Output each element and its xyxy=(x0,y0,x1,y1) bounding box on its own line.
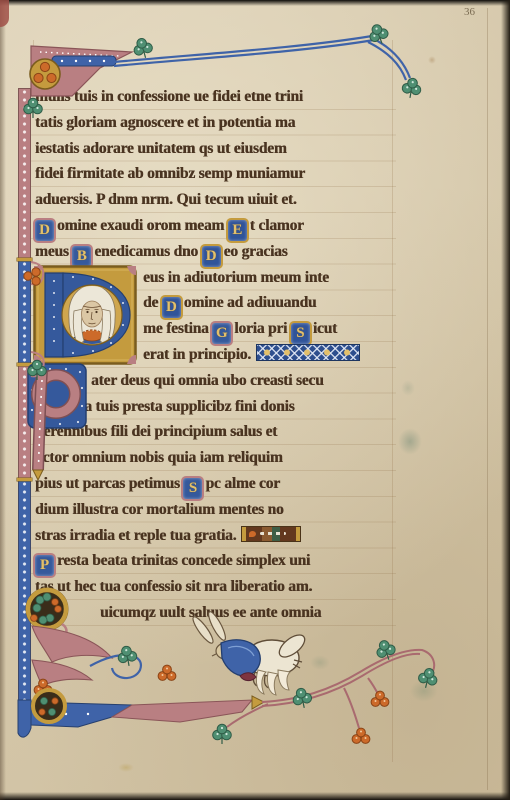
foxing-spot xyxy=(428,56,436,64)
decorated-initial-b: B xyxy=(72,246,91,267)
decorated-initial-s: S xyxy=(183,478,202,499)
gothic-text: aduersis. P dnm nrm. Qui tecum uiuit et. xyxy=(35,191,297,208)
border-bar-joint xyxy=(17,258,32,261)
gothic-text: omine ad adiuuandu xyxy=(184,294,317,311)
gothic-text: resta beata trinitas concede simplex uni xyxy=(57,552,310,569)
folio-number: 36 xyxy=(464,6,475,18)
facing-page-sliver xyxy=(0,0,9,27)
gothic-text: t clamor xyxy=(250,217,304,234)
gothic-text: erat in principio. xyxy=(143,346,251,363)
text-line: fidei firmitate ab omnibz semp muniamur xyxy=(35,161,397,187)
text-line: iestatis adorare unitatem qs ut eiusdem xyxy=(35,136,397,162)
vertical-ruling-left xyxy=(33,40,34,86)
manuscript-page: 36 mulis tuis in confessione ue fidei et… xyxy=(0,0,510,800)
photo-edge-left xyxy=(0,0,6,800)
text-line: Domine exaudi orom meam Et clamor xyxy=(35,213,397,239)
stain xyxy=(410,680,438,702)
gothic-text: dium illustra cor mortalium mentes no xyxy=(35,501,283,518)
gothic-text: me festina xyxy=(143,320,212,337)
photo-edge-right xyxy=(501,0,510,800)
gothic-text: eo gracias xyxy=(224,243,288,260)
photo-edge-top xyxy=(0,0,510,6)
stain xyxy=(118,763,134,772)
gothic-text: fidei firmitate ab omnibz semp muniamur xyxy=(35,165,305,182)
gothic-text: tatis gloriam agnoscere et in potentia m… xyxy=(35,114,295,131)
bottom-border xyxy=(18,626,439,744)
stain xyxy=(310,655,330,670)
gothic-text: uicumqz uult saluus ee ante omnia xyxy=(100,604,321,621)
gothic-text: stras irradia et reple tua gratia. xyxy=(35,527,236,544)
border-initial-p xyxy=(14,362,92,487)
gothic-text: eus in adiutorium meum inte xyxy=(143,269,329,286)
page-edge-line xyxy=(487,8,488,790)
text-line: stras irradia et reple tua gratia. xyxy=(35,523,397,549)
border-bar-segment xyxy=(18,260,31,365)
historiated-initial-d xyxy=(33,265,137,370)
gothic-text: enedicamus dno xyxy=(94,243,201,260)
corner-trefoil-orange xyxy=(34,62,56,82)
stain xyxy=(401,380,415,396)
gothic-text: tas ut hec tua confessio sit nra liberat… xyxy=(35,578,312,595)
text-line: mulis tuis in confessione ue fidei etne … xyxy=(35,84,397,110)
text-line: meus Benedicamus dno Deo gracias xyxy=(35,239,397,265)
gothic-text: icut xyxy=(313,320,337,337)
line-filler-x xyxy=(256,344,360,361)
gothic-text: iestatis adorare unitatem qs ut eiusdem xyxy=(35,140,287,157)
stain xyxy=(398,428,422,455)
text-line: uicumqz uult saluus ee ante omnia xyxy=(35,600,397,626)
stain xyxy=(240,648,270,668)
decorated-initial-d: D xyxy=(35,220,54,241)
decorated-initial-e: E xyxy=(228,220,247,241)
gothic-text: de xyxy=(143,294,162,311)
gothic-text: cula tuis presta supplicibz fini donis xyxy=(65,398,294,415)
gothic-text: mulis tuis in confessione ue fidei etne … xyxy=(35,88,303,105)
line-filler-beast xyxy=(241,526,301,542)
text-line: tas ut hec tua confessio sit nra liberat… xyxy=(35,574,397,600)
text-line: Presta beata trinitas concede simplex un… xyxy=(35,548,397,574)
decorated-initial-d: D xyxy=(202,246,221,267)
border-initial-q xyxy=(22,584,72,641)
gothic-text: omine exaudi orom meam xyxy=(57,217,228,234)
text-line: tatis gloriam agnoscere et in potentia m… xyxy=(35,110,397,136)
text-line: aduersis. P dnm nrm. Qui tecum uiuit et. xyxy=(35,187,397,213)
text-line: dium illustra cor mortalium mentes no xyxy=(35,497,397,523)
gothic-text: loria pri xyxy=(234,320,291,337)
gothic-text: pc alme cor xyxy=(205,475,279,492)
gothic-text: meus xyxy=(35,243,72,260)
photo-edge-bottom xyxy=(0,792,510,800)
border-bar-segment xyxy=(18,88,31,260)
gothic-text: ater deus qui omnia ubo creasti secu xyxy=(91,372,324,389)
